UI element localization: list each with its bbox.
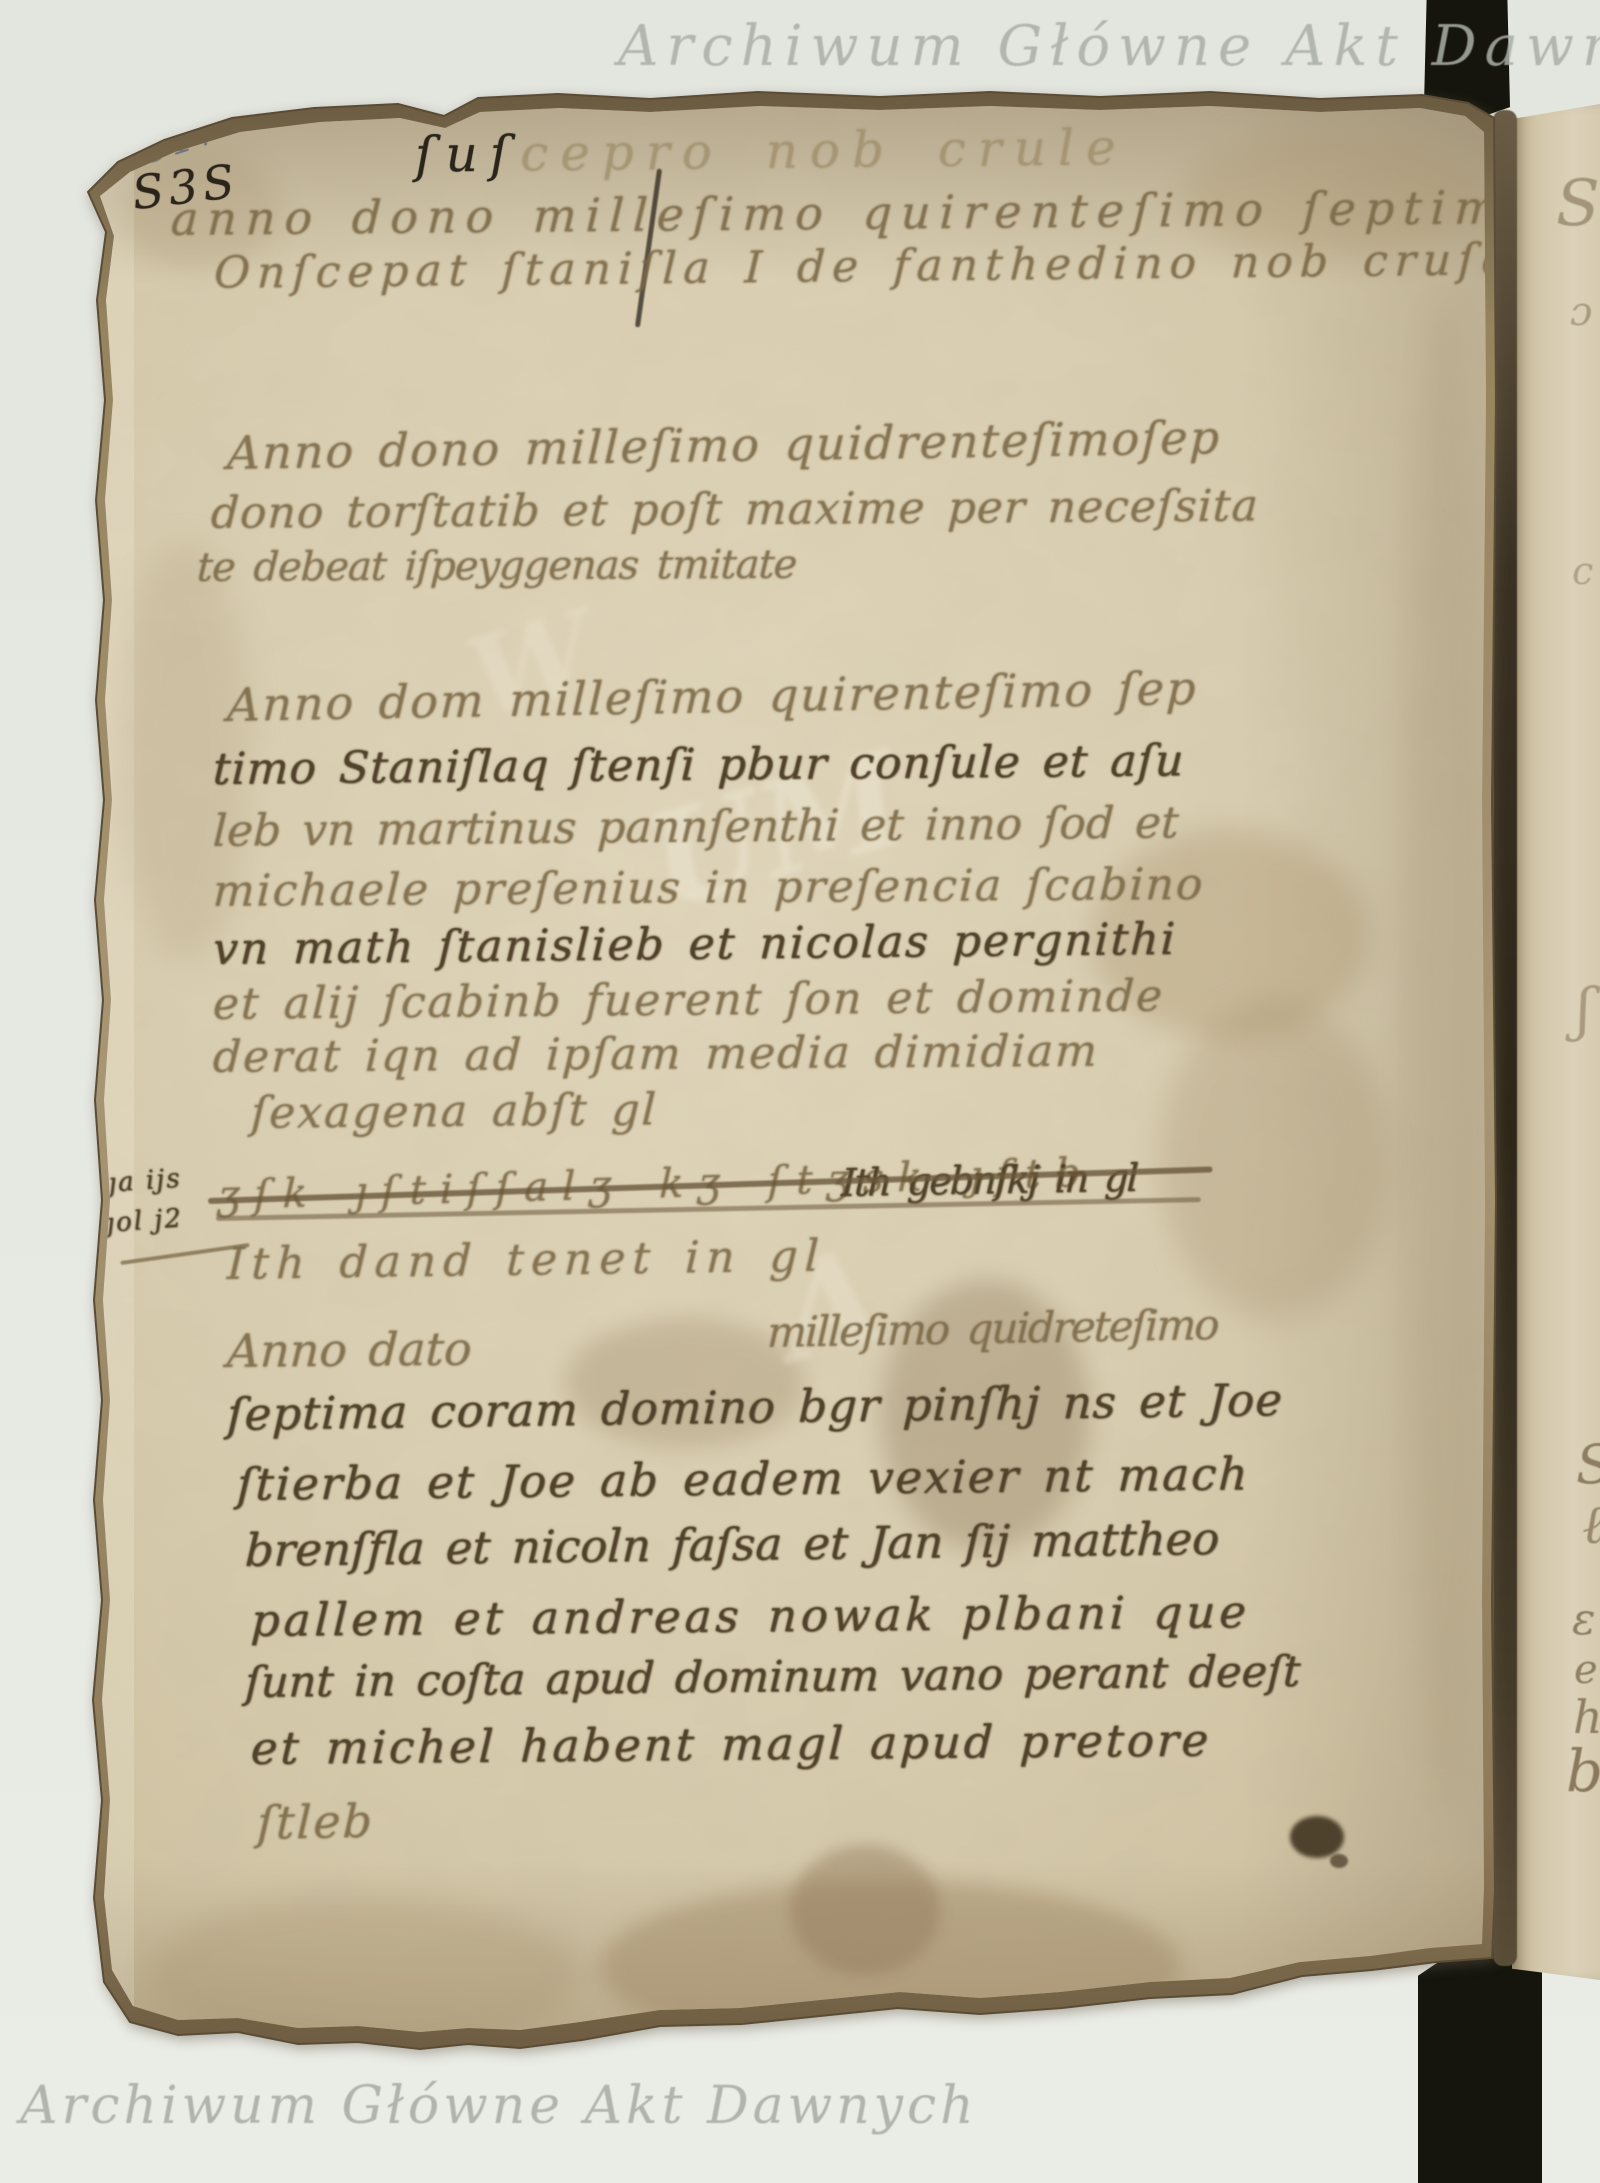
water-stain [790,1845,940,1975]
manuscript-line: dono torſtatib et poſt maxime per neceſs… [210,485,1260,536]
manuscript-line: Ith dand tenet in gl [226,1235,826,1287]
manuscript-content: UMWA 317 S3S ſuſcepro nob crule anno don… [0,0,1600,2183]
heading-dark-part: ſuſ [415,125,521,184]
manuscript-line: Anno dono milleſimo quidrenteſimoſep [226,414,1222,476]
manuscript-line: ſunt in coſta apud dominum vano perant d… [244,1651,1301,1705]
scanner-background: { "watermark": { "text": "Archiwum Główn… [0,0,1600,2183]
manuscript-line: Onſcepat ſtaniſla I de fanthedino nob cr… [213,238,1515,296]
manuscript-line: timo Staniſlaq ſtenſi pbur conſule et aſ… [212,740,1185,792]
margin-note-line2: ȷol j2 [105,1205,184,1236]
heading-faded-part: cepro nob crule [520,118,1128,182]
margin-note-line1: ȷa ijs [107,1165,182,1196]
manuscript-line: ſeptima coram domino bgr pinſhj ns et Jo… [226,1377,1284,1437]
ink-blot [1330,1854,1348,1868]
entry-heading: ſuſcepro nob crule [415,122,1128,179]
manuscript-line: anno dono milleſimo quirenteſimo ſeptima [170,184,1545,242]
manuscript-line: pallem et andreas nowak plbani que [250,1589,1251,1643]
manuscript-line: vn math ſtanislieb et nicolas pergnithi [212,918,1177,972]
manuscript-line: Anno dato [226,1326,473,1374]
ink-blot [1290,1816,1344,1858]
manuscript-line: Anno dom milleſimo quirenteſimo ſep [226,665,1198,728]
manuscript-line: milleſimo quidreteſimo [767,1304,1219,1354]
water-stain [1402,300,1487,1800]
archive-watermark-top: Archiwum Główne Akt Dawnych [618,14,1600,79]
manuscript-line: ſtierba et Joe ab eadem vexier nt mach [236,1451,1250,1507]
manuscript-line: michaele preſenius in preſencia ſcabino [212,863,1205,914]
manuscript-line: te debeat iſpeyggenas tmitate [196,545,797,588]
manuscript-line: ſtleb [256,1798,374,1846]
manuscript-line: et michel habent magl apud pretore [250,1718,1212,1771]
manuscript-line: brenſfla et nicoln faſsa et Jan ſij matt… [244,1516,1220,1573]
manuscript-line: derat iqn ad ipſam media dimidiam [212,1030,1100,1080]
archive-watermark-bottom: Archiwum Główne Akt Dawnych [20,2076,978,2136]
manuscript-line: et alij ſcabinb fuerent ſon et dominde [212,975,1165,1027]
manuscript-line: ſexagena abſt gl [250,1088,659,1136]
manuscript-line: leb vn martinus pannſenthi et inno ſod e… [212,802,1180,854]
water-stain [1160,1000,1390,1320]
